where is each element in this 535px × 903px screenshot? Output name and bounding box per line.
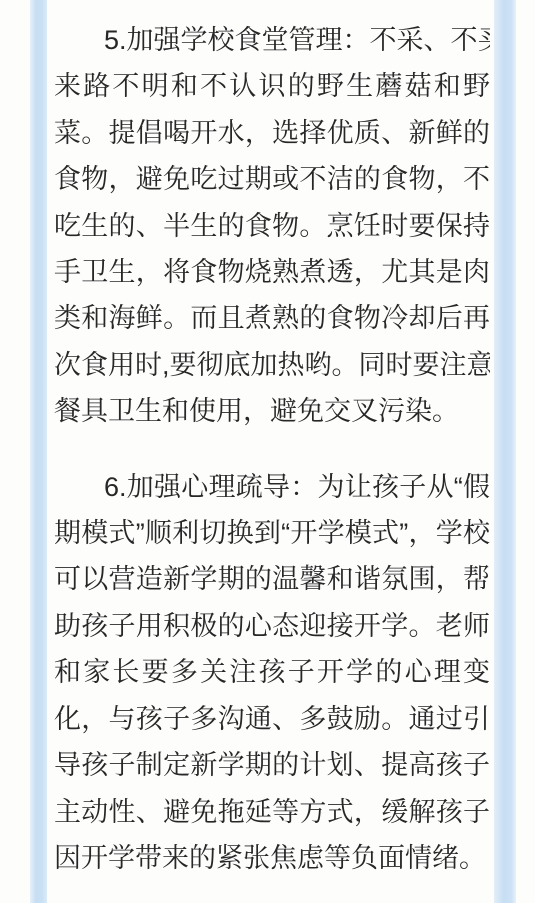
text-line: 期模式”顺利切换到“开学模式”，学校: [54, 510, 490, 556]
text-line: 次食用时,要彻底加热哟。同时要注意: [54, 342, 490, 388]
text-line: 化，与孩子多沟通、多鼓励。通过引: [54, 696, 490, 742]
text-line: 来路不明和不认识的野生蘑菇和野: [54, 63, 490, 109]
text-line: 类和海鲜。而且煮熟的食物冷却后再: [54, 295, 490, 341]
text-line: 吃生的、半生的食物。烹饪时要保持: [54, 203, 490, 249]
paragraph-psychological-guidance: 6.加强心理疏导：为让孩子从“假 期模式”顺利切换到“开学模式”，学校 可以营造…: [54, 464, 490, 882]
left-border-stripe: [30, 0, 47, 903]
text-line: 6.加强心理疏导：为让孩子从“假: [54, 464, 490, 510]
text-line: 助孩子用积极的心态迎接开学。老师: [54, 603, 490, 649]
text-line: 导孩子制定新学期的计划、提高孩子: [54, 742, 490, 788]
text-line: 可以营造新学期的温馨和谐氛围，帮: [54, 556, 490, 602]
text-line: 食物，避免吃过期或不洁的食物，不: [54, 156, 490, 202]
article-content: 5.加强学校食堂管理：不采、不买 来路不明和不认识的野生蘑菇和野 菜。提倡喝开水…: [54, 17, 490, 881]
text-line: 餐具卫生和使用，避免交叉污染。: [54, 388, 490, 434]
text-line: 和家长要多关注孩子开学的心理变: [54, 649, 490, 695]
text-line: 因开学带来的紧张焦虑等负面情绪。: [54, 835, 490, 881]
paragraph-food-safety: 5.加强学校食堂管理：不采、不买 来路不明和不认识的野生蘑菇和野 菜。提倡喝开水…: [54, 17, 490, 435]
text-line: 手卫生，将食物烧熟煮透，尤其是肉: [54, 249, 490, 295]
text-line: 5.加强学校食堂管理：不采、不买: [54, 17, 490, 63]
right-border-stripe: [494, 0, 516, 903]
article-page: 5.加强学校食堂管理：不采、不买 来路不明和不认识的野生蘑菇和野 菜。提倡喝开水…: [0, 0, 535, 903]
text-line: 主动性、避免拖延等方式，缓解孩子: [54, 789, 490, 835]
text-line: 菜。提倡喝开水，选择优质、新鲜的: [54, 110, 490, 156]
